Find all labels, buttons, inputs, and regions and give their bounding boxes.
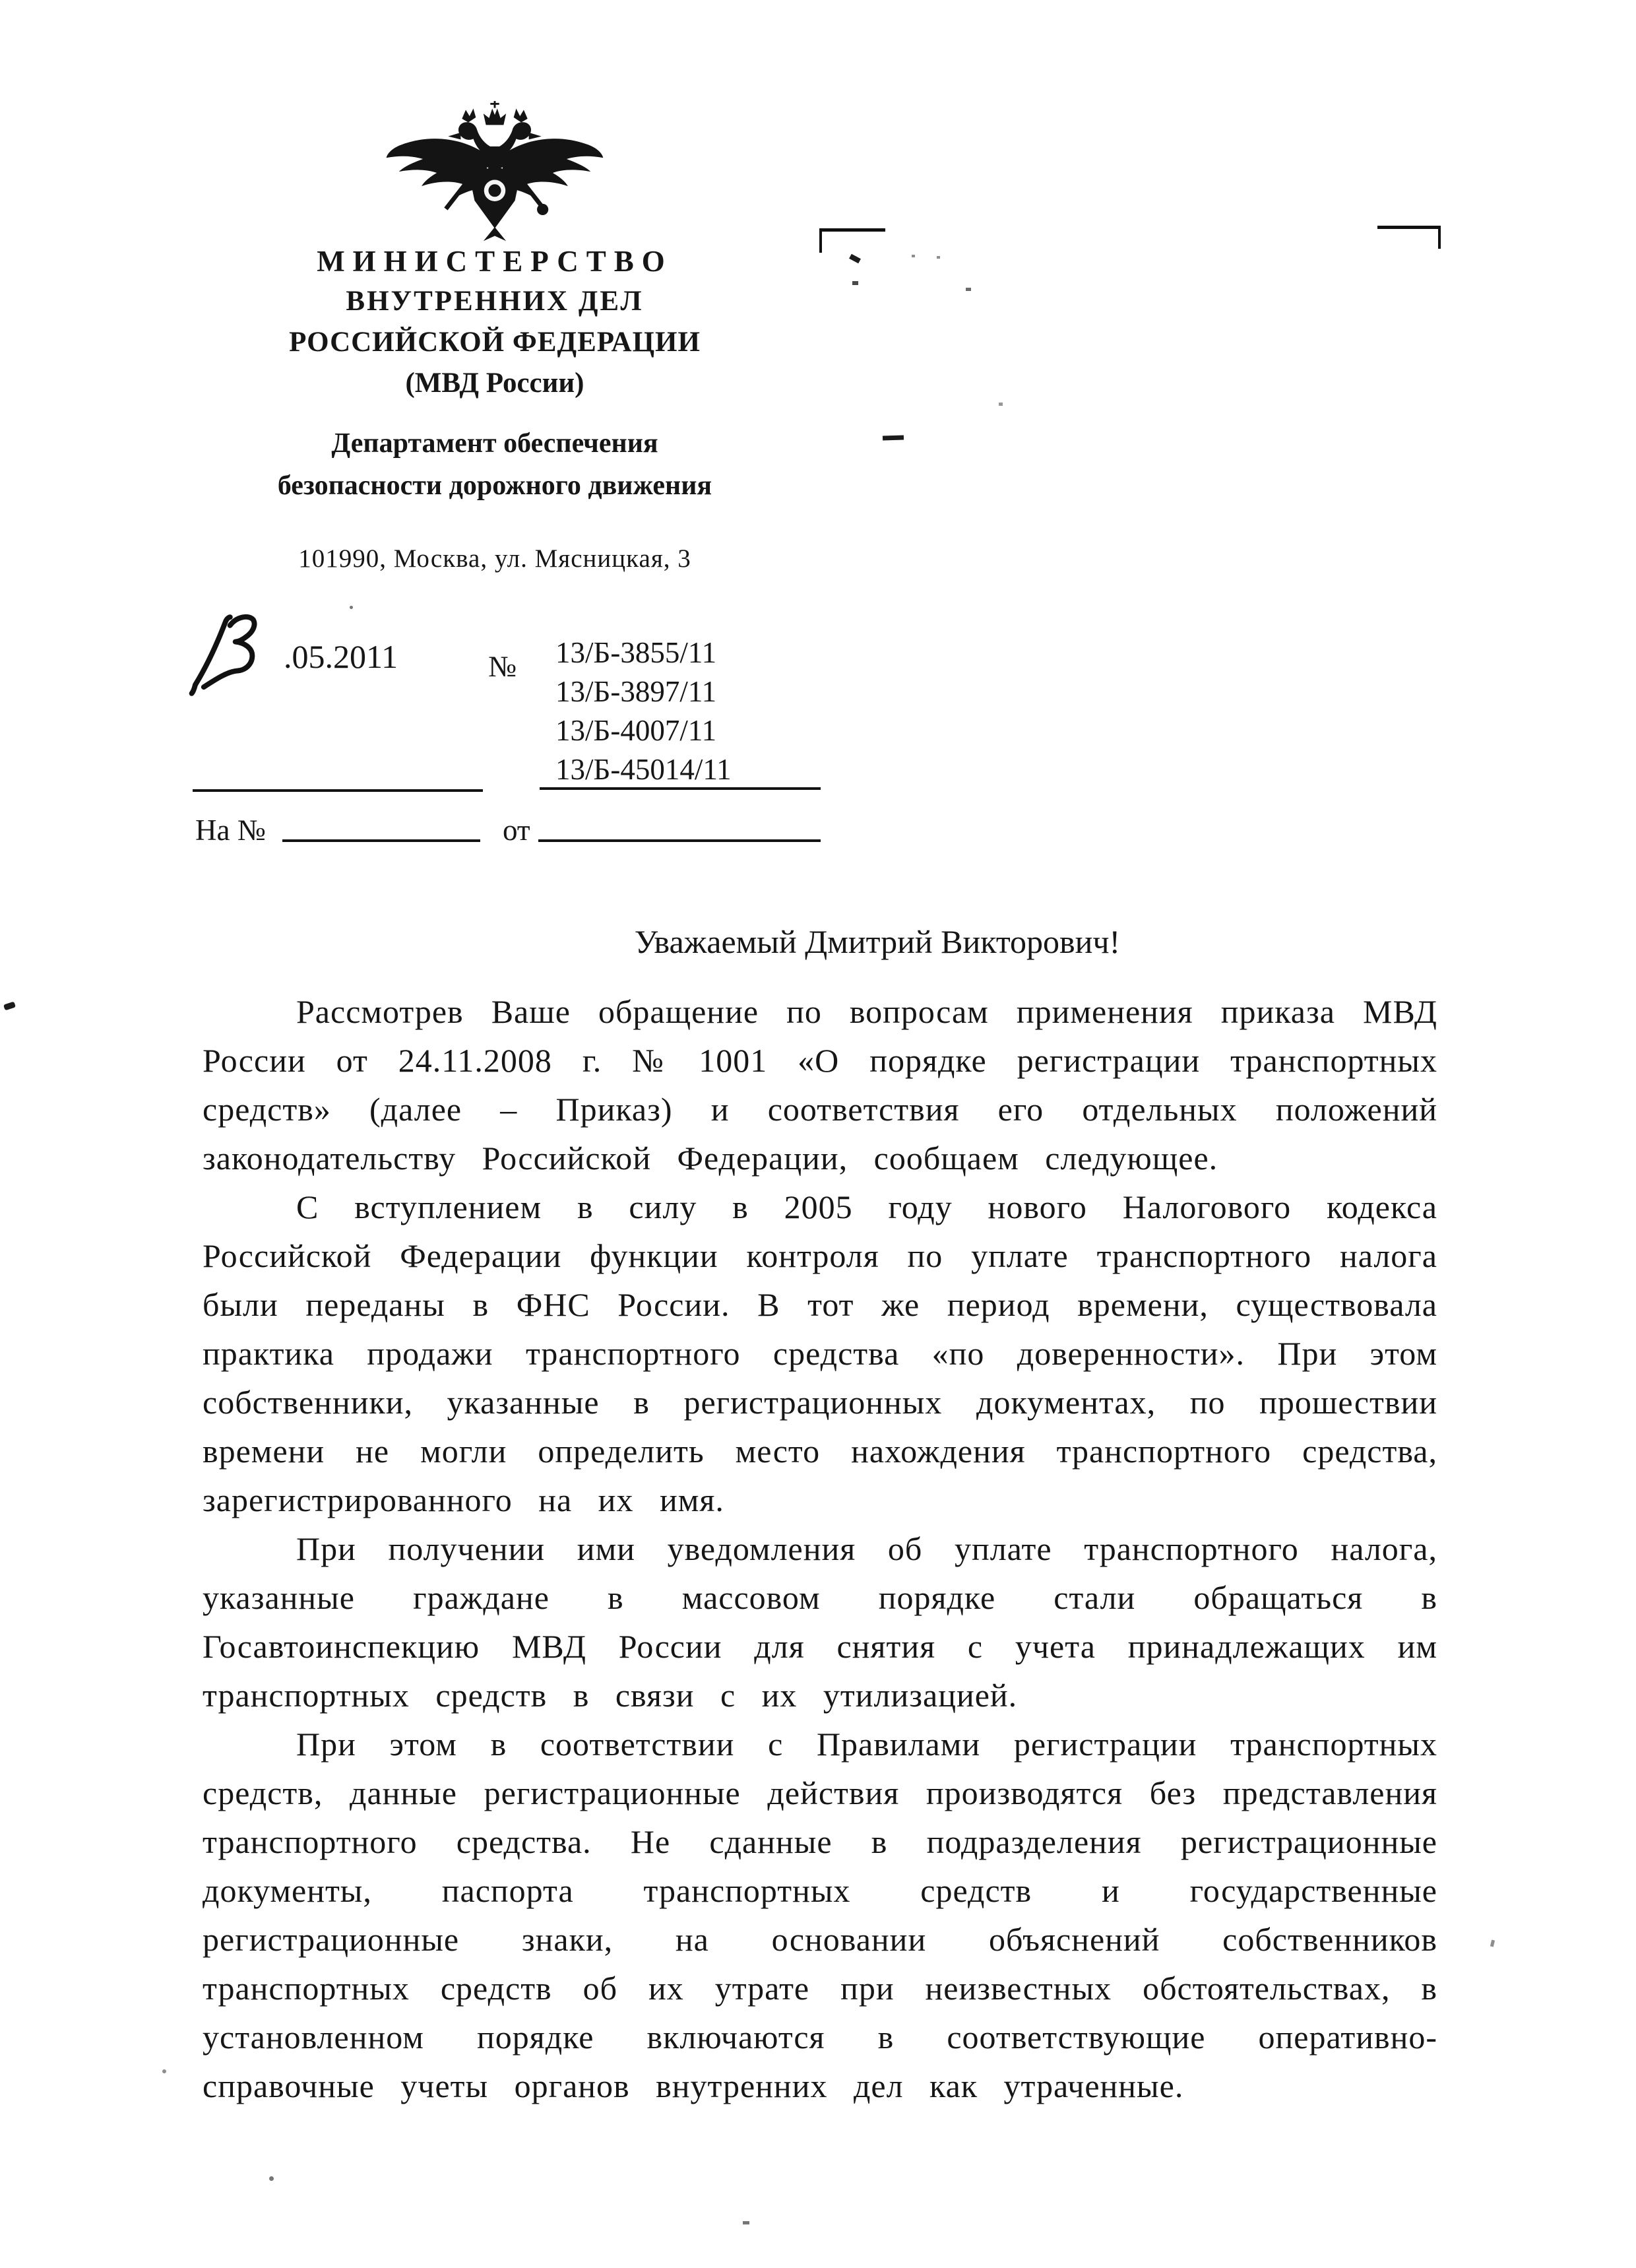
outgoing-number: 13/Б-45014/11 <box>555 750 732 789</box>
salutation: Уважаемый Дмитрий Викторович! <box>204 923 1438 961</box>
postal-address: 101990, Москва, ул. Мясницкая, 3 <box>218 544 772 573</box>
ministry-name-line: РОССИЙСКОЙ ФЕДЕРАЦИИ <box>218 322 772 363</box>
fold-corner-mark-right <box>1377 226 1441 249</box>
mvd-double-headed-eagle-icon <box>381 96 608 249</box>
handwritten-day-13 <box>183 604 272 697</box>
scan-artifact <box>852 281 858 285</box>
outgoing-number: 13/Б-3855/11 <box>555 633 732 672</box>
number-ruling-line <box>540 787 821 790</box>
scan-artifact <box>350 606 353 609</box>
outgoing-number: 13/Б-4007/11 <box>555 711 732 750</box>
date-ruling-line <box>193 789 483 792</box>
department-name-line: Департамент обеспечения <box>218 422 772 465</box>
paragraph: С вступлением в силу в 2005 году нового … <box>203 1183 1437 1524</box>
paragraph: При этом в соответствии с Правилами реги… <box>203 1720 1437 2110</box>
letterhead: МИНИСТЕРСТВО ВНУТРЕННИХ ДЕЛ РОССИЙСКОЙ Ф… <box>218 242 772 573</box>
scan-artifact <box>849 254 861 264</box>
fold-corner-mark-left <box>819 228 885 253</box>
scan-artifact <box>1490 1940 1495 1947</box>
ministry-short-name: (МВД России) <box>218 363 772 404</box>
outgoing-number: 13/Б-3897/11 <box>555 672 732 711</box>
scan-artifact <box>966 288 971 291</box>
incoming-date-label: от <box>503 813 530 847</box>
scan-artifact <box>912 255 915 257</box>
scanned-letter-page: МИНИСТЕРСТВО ВНУТРЕННИХ ДЕЛ РОССИЙСКОЙ Ф… <box>0 0 1636 2268</box>
paragraph: Рассмотрев Ваше обращение по вопросам пр… <box>203 987 1437 1183</box>
outgoing-numbers-list: 13/Б-3855/11 13/Б-3897/11 13/Б-4007/11 1… <box>555 633 732 789</box>
scan-artifact <box>162 2069 166 2073</box>
ministry-name-line: МИНИСТЕРСТВО <box>218 242 772 281</box>
date-value: .05.2011 <box>284 637 398 676</box>
number-sign: № <box>488 649 517 684</box>
scan-artifact <box>269 2176 274 2181</box>
incoming-reference-label: На № <box>195 813 266 847</box>
incoming-number-blank-line <box>282 839 480 842</box>
scan-artifact <box>999 403 1003 406</box>
ministry-name-line: ВНУТРЕННИХ ДЕЛ <box>218 281 772 322</box>
scan-artifact <box>743 2221 749 2224</box>
scan-artifact <box>937 256 940 259</box>
paragraph: При получении ими уведомления об уплате … <box>203 1524 1437 1720</box>
scan-artifact <box>3 1002 16 1011</box>
scan-artifact <box>883 435 904 440</box>
letter-body: Рассмотрев Ваше обращение по вопросам пр… <box>203 987 1437 2110</box>
department-name-line: безопасности дорожного движения <box>218 465 772 507</box>
incoming-date-blank-line <box>538 839 821 842</box>
